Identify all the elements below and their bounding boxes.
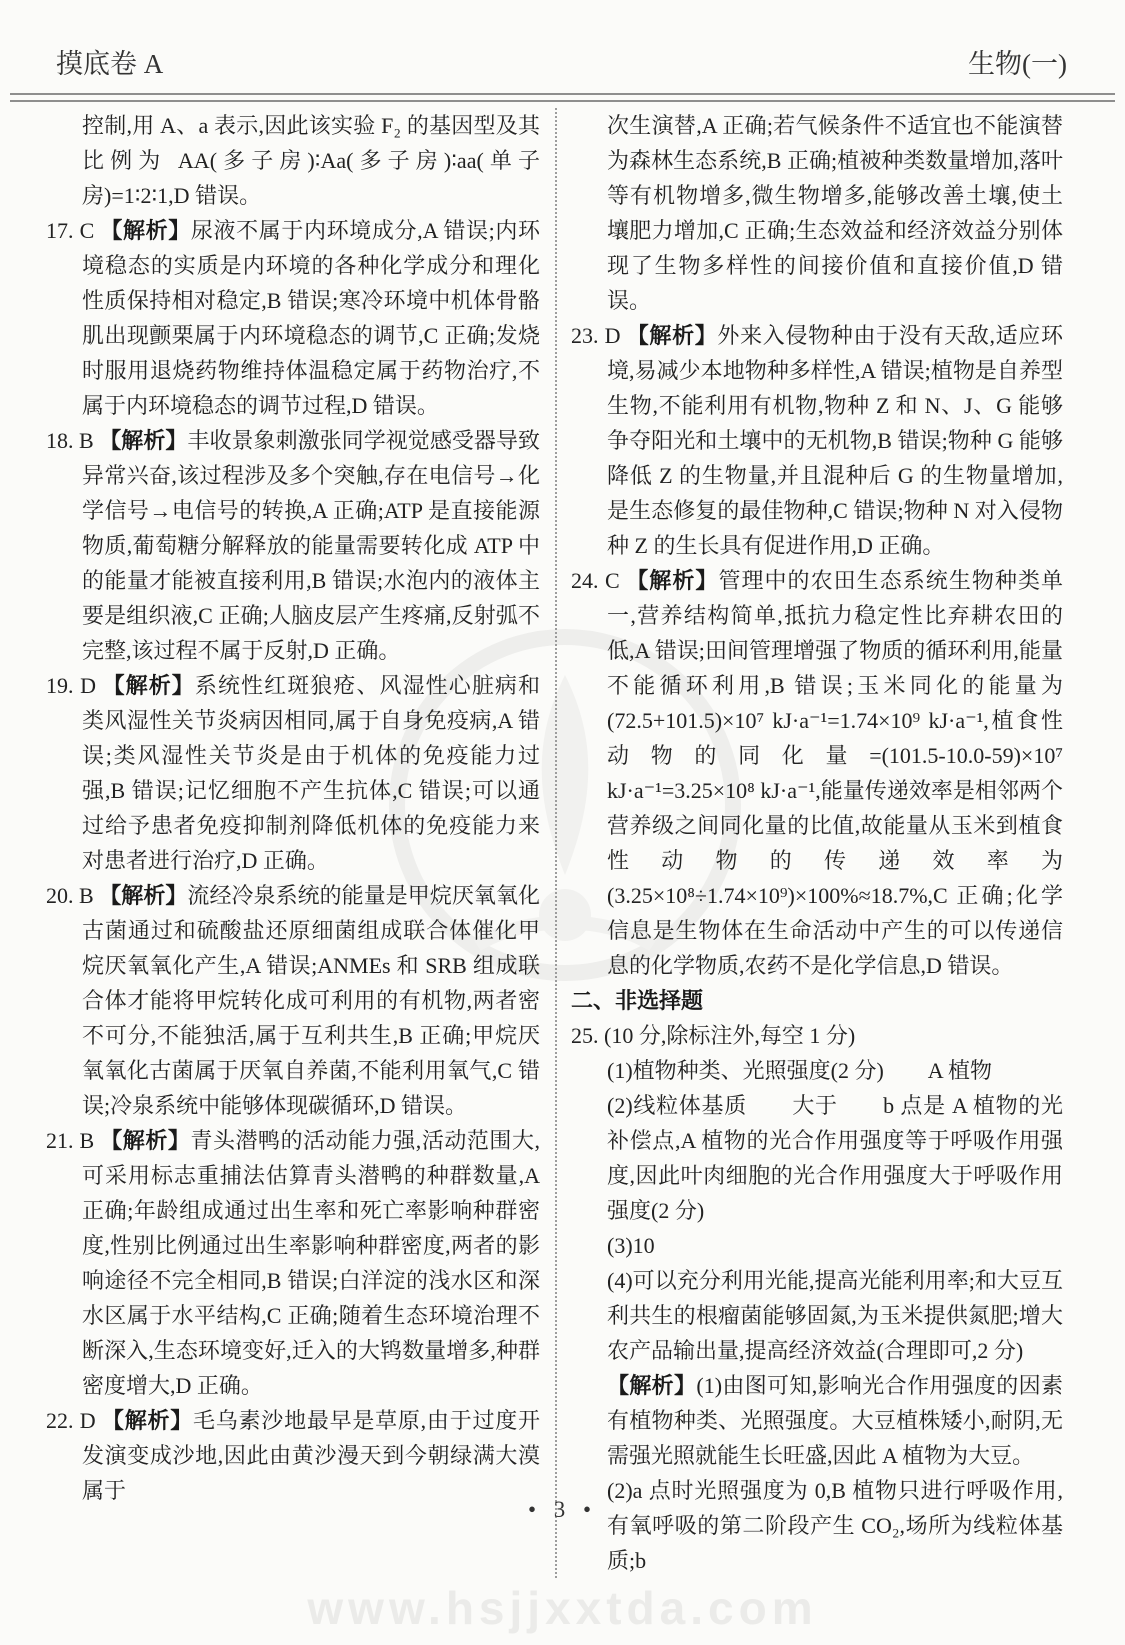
column-left: 控制,用 A、a 表示,因此该实验 F₂ 的基因型及其比例为 AA(多子房)∶A… [46, 108, 555, 1578]
website-watermark: www.hsjjxxtda.com [0, 1581, 1125, 1635]
answer-sub-line: (1)植物种类、光照强度(2 分) A 植物 [571, 1053, 1063, 1088]
answer-item: 19. D 【解析】系统性红斑狼疮、风湿性心脏病和类风湿性关节炎病因相同,属于自… [46, 668, 540, 878]
answer-key-body: 控制,用 A、a 表示,因此该实验 F₂ 的基因型及其比例为 AA(多子房)∶A… [0, 102, 1125, 1578]
answer-sub-line: (2)线粒体基质 大于 b 点是 A 植物的光补偿点,A 植物的光合作用强度等于… [571, 1088, 1063, 1228]
section-heading: 二、非选择题 [571, 983, 1063, 1018]
header-divider-rule [10, 93, 1115, 102]
answer-item: 24. C 【解析】管理中的农田生态系统生物种类单一,营养结构简单,抵抗力稳定性… [571, 563, 1063, 983]
header-left-title: 摸底卷 A [56, 42, 163, 81]
answer-sub-line: (4)可以充分利用光能,提高光能利用率;和大豆互利共生的根瘤菌能够固氮,为玉米提… [571, 1263, 1063, 1368]
answer-item: 18. B 【解析】丰收景象刺激张同学视觉感受器导致异常兴奋,该过程涉及多个突触… [46, 423, 540, 668]
answer-item: 23. D 【解析】外来入侵物种由于没有天敌,适应环境,易减少本地物种多样性,A… [571, 318, 1063, 563]
answer-item: 25. (10 分,除标注外,每空 1 分) [571, 1018, 1063, 1053]
answer-item: 17. C 【解析】尿液不属于内环境成分,A 错误;内环境稳态的实质是内环境的各… [46, 213, 540, 423]
answer-continuation: 次生演替,A 正确;若气候条件不适宜也不能演替为森林生态系统,B 正确;植被种类… [571, 108, 1063, 318]
header-right-title: 生物(一) [968, 42, 1067, 81]
page-header: 摸底卷 A 生物(一) [0, 0, 1125, 93]
answer-item: 21. B 【解析】青头潜鸭的活动能力强,活动范围大,可采用标志重捕法估算青头潜… [46, 1123, 540, 1403]
answer-sub-line: (2)a 点时光照强度为 0,B 植物只进行呼吸作用,有氧呼吸的第二阶段产生 C… [571, 1473, 1063, 1578]
answer-item: 20. B 【解析】流经冷泉系统的能量是甲烷厌氧氧化古菌通过和硫酸盐还原细菌组成… [46, 878, 540, 1123]
answer-item: 22. D 【解析】毛乌素沙地最早是草原,由于过度开发演变成沙地,因此由黄沙漫天… [46, 1403, 540, 1508]
answer-sub-line: (3)10 [571, 1228, 1063, 1263]
column-right: 次生演替,A 正确;若气候条件不适宜也不能演替为森林生态系统,B 正确;植被种类… [555, 108, 1063, 1578]
page-number: • 3 • [0, 1497, 1125, 1523]
answer-continuation: 控制,用 A、a 表示,因此该实验 F₂ 的基因型及其比例为 AA(多子房)∶A… [46, 108, 540, 213]
explanation-paragraph: 【解析】(1)由图可知,影响光合作用强度的因素有植物种类、光照强度。大豆植株矮小… [571, 1368, 1063, 1473]
document-page: 摸底卷 A 生物(一) 控制,用 A、a 表示,因此该实验 F₂ 的基因型及其比… [0, 0, 1125, 1645]
